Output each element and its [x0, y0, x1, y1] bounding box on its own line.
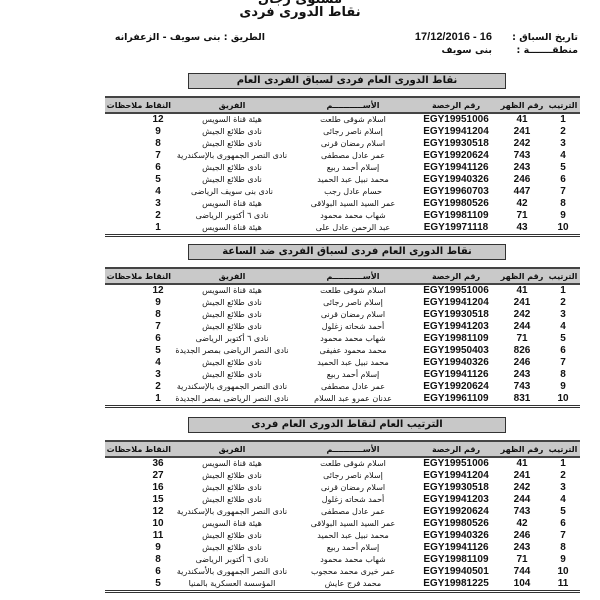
cell-license: EGY19941126 — [414, 542, 498, 554]
cell-team: نادى طلائع الجيش — [172, 297, 292, 309]
cell-team: نادى النصر الجمهورى بالإسكندرية — [172, 381, 292, 393]
cell-points: 9 — [144, 542, 172, 554]
cell-bib: 42 — [498, 198, 546, 210]
cell-rank: 2 — [546, 297, 580, 309]
table-row: 141EGY19951006اسلام شوقى طلعتهيئة قناة ا… — [105, 457, 580, 470]
cell-notes — [105, 198, 144, 210]
cell-bib: 242 — [498, 309, 546, 321]
cell-notes — [105, 518, 144, 530]
column-header-points: النقاط — [144, 441, 172, 457]
cell-license: EGY19940326 — [414, 530, 498, 542]
cell-team: نادى طلائع الجيش — [172, 321, 292, 333]
cell-bib: 744 — [498, 566, 546, 578]
cell-team: هيئة قناة السويس — [172, 198, 292, 210]
cell-license: EGY19960703 — [414, 186, 498, 198]
cell-notes — [105, 186, 144, 198]
document-title-line2: نقاط الدورى فردى — [0, 5, 600, 20]
cell-points: 7 — [144, 321, 172, 333]
table-row: 3242EGY19930518اسلام رمضان قرنىنادى طلائ… — [105, 309, 580, 321]
cell-rank: 5 — [546, 162, 580, 174]
cell-license: EGY19930518 — [414, 482, 498, 494]
column-header-notes: ملاحظات — [105, 268, 144, 284]
cell-license: EGY19980526 — [414, 198, 498, 210]
cell-points: 8 — [144, 554, 172, 566]
cell-name: محمد نبيل عبد الحميد — [292, 357, 414, 369]
cell-name: عمر السيد السيد البولاقى — [292, 198, 414, 210]
cell-name: عبد الرحمن عادل على — [292, 222, 414, 236]
cell-team: نادى طلائع الجيش — [172, 138, 292, 150]
cell-bib: 41 — [498, 284, 546, 297]
cell-notes — [105, 297, 144, 309]
column-header-name: الأســـــــــــم — [292, 441, 414, 457]
section-title: نقاط الدورى العام فردى لسباق الفردى العا… — [188, 73, 506, 89]
table-row: 10831EGY19961109عدنان عمرو عبد السلامناد… — [105, 393, 580, 407]
cell-team: نادى طلائع الجيش — [172, 357, 292, 369]
cell-points: 6 — [144, 566, 172, 578]
cell-notes — [105, 566, 144, 578]
table-row: 971EGY19981109شهاب محمد محمودنادى ٦ أكتو… — [105, 210, 580, 222]
cell-name: إسلام أحمد ربيع — [292, 542, 414, 554]
cell-name: اسلام رمضان قرنى — [292, 309, 414, 321]
cell-name: اسلام شوقى طلعت — [292, 284, 414, 297]
cell-license: EGY19971118 — [414, 222, 498, 236]
cell-team: نادى طلائع الجيش — [172, 369, 292, 381]
table-row: 9743EGY19920624عمر عادل مصطفىنادى النصر … — [105, 381, 580, 393]
cell-name: اسلام شوقى طلعت — [292, 113, 414, 126]
cell-notes — [105, 457, 144, 470]
cell-rank: 1 — [546, 113, 580, 126]
cell-bib: 43 — [498, 222, 546, 236]
region-value: بنى سويف — [441, 45, 492, 56]
cell-bib: 244 — [498, 494, 546, 506]
table-row: 4244EGY19941203أحمد شحاته زغلولنادى طلائ… — [105, 321, 580, 333]
cell-rank: 11 — [546, 578, 580, 592]
cell-rank: 10 — [546, 566, 580, 578]
cell-team: نادى طلائع الجيش — [172, 482, 292, 494]
column-header-rank: الترتيب — [546, 441, 580, 457]
cell-points: 15 — [144, 494, 172, 506]
cell-team: نادى النصر الرياضى بمصر الجديدة — [172, 345, 292, 357]
cell-rank: 8 — [546, 198, 580, 210]
table-row: 5243EGY19941126إسلام أحمد ربيعنادى طلائع… — [105, 162, 580, 174]
cell-name: عمر السيد السيد البولاقى — [292, 518, 414, 530]
cell-team: نادى النصر الجمهورى بالأسكندرية — [172, 566, 292, 578]
cell-rank: 9 — [546, 210, 580, 222]
cell-rank: 4 — [546, 494, 580, 506]
cell-rank: 2 — [546, 126, 580, 138]
cell-team: نادى ٦ أكتوبر الرياضى — [172, 554, 292, 566]
cell-bib: 71 — [498, 210, 546, 222]
race-date-label: تاريخ السباق : — [512, 32, 578, 43]
cell-name: محمد محمود عفيفى — [292, 345, 414, 357]
cell-name: اسلام شوقى طلعت — [292, 457, 414, 470]
cell-license: EGY19981109 — [414, 210, 498, 222]
cell-name: محمد نبيل عبد الحميد — [292, 530, 414, 542]
table-row: 3242EGY19930518اسلام رمضان قرنىنادى طلائ… — [105, 138, 580, 150]
cell-rank: 10 — [546, 222, 580, 236]
cell-team: نادى ٦ أكتوبر الرياضى — [172, 333, 292, 345]
cell-bib: 41 — [498, 457, 546, 470]
table-row: 141EGY19951006اسلام شوقى طلعتهيئة قناة ا… — [105, 284, 580, 297]
cell-bib: 71 — [498, 554, 546, 566]
cell-license: EGY19951006 — [414, 113, 498, 126]
cell-rank: 9 — [546, 381, 580, 393]
cell-rank: 3 — [546, 138, 580, 150]
table-header-row: الترتيبرقم الظهررقم الرخصةالأســــــــــ… — [105, 268, 580, 284]
table-row: 7246EGY19940326محمد نبيل عبد الحميدنادى … — [105, 357, 580, 369]
cell-notes — [105, 138, 144, 150]
cell-license: EGY19930518 — [414, 138, 498, 150]
cell-notes — [105, 369, 144, 381]
table-row: 4743EGY19920624عمر عادل مصطفىنادى النصر … — [105, 150, 580, 162]
cell-name: شهاب محمد محمود — [292, 210, 414, 222]
cell-license: EGY19941204 — [414, 297, 498, 309]
table-row: 10744EGY19940501عمر خيرى محمد محجوبنادى … — [105, 566, 580, 578]
cell-points: 5 — [144, 578, 172, 592]
standings-table: الترتيبرقم الظهررقم الرخصةالأســــــــــ… — [105, 96, 580, 237]
cell-bib: 246 — [498, 357, 546, 369]
table-row: 842EGY19980526عمر السيد السيد البولاقىهي… — [105, 198, 580, 210]
cell-points: 27 — [144, 470, 172, 482]
cell-notes — [105, 345, 144, 357]
cell-notes — [105, 506, 144, 518]
cell-notes — [105, 150, 144, 162]
cell-rank: 4 — [546, 321, 580, 333]
cell-bib: 71 — [498, 333, 546, 345]
cell-notes — [105, 126, 144, 138]
cell-rank: 1 — [546, 457, 580, 470]
cell-rank: 3 — [546, 482, 580, 494]
cell-name: إسلام ناصر رجائى — [292, 126, 414, 138]
cell-team: نادى طلائع الجيش — [172, 126, 292, 138]
cell-rank: 9 — [546, 554, 580, 566]
cell-name: شهاب محمد محمود — [292, 333, 414, 345]
cell-notes — [105, 284, 144, 297]
cell-points: 6 — [144, 162, 172, 174]
cell-notes — [105, 222, 144, 236]
table-row: 971EGY19981109شهاب محمد محمودنادى ٦ أكتو… — [105, 554, 580, 566]
cell-license: EGY19920624 — [414, 506, 498, 518]
column-header-points: النقاط — [144, 97, 172, 113]
cell-bib: 826 — [498, 345, 546, 357]
cell-bib: 246 — [498, 530, 546, 542]
cell-bib: 447 — [498, 186, 546, 198]
cell-team: نادى طلائع الجيش — [172, 174, 292, 186]
cell-points: 5 — [144, 174, 172, 186]
column-header-name: الأســـــــــــم — [292, 268, 414, 284]
cell-name: إسلام أحمد ربيع — [292, 369, 414, 381]
table-row: 4244EGY19941203أحمد شحاته زغلولنادى طلائ… — [105, 494, 580, 506]
cell-license: EGY19941203 — [414, 494, 498, 506]
cell-points: 16 — [144, 482, 172, 494]
cell-team: نادى طلائع الجيش — [172, 162, 292, 174]
cell-bib: 743 — [498, 150, 546, 162]
table-row: 11104EGY19981225محمد فرج عايشالمؤسسة الع… — [105, 578, 580, 592]
column-header-name: الأســـــــــــم — [292, 97, 414, 113]
table-row: 642EGY19980526عمر السيد السيد البولاقىهي… — [105, 518, 580, 530]
cell-rank: 5 — [546, 333, 580, 345]
cell-notes — [105, 381, 144, 393]
table-row: 141EGY19951006اسلام شوقى طلعتهيئة قناة ا… — [105, 113, 580, 126]
cell-bib: 244 — [498, 321, 546, 333]
cell-rank: 7 — [546, 357, 580, 369]
cell-name: أحمد شحاته زغلول — [292, 494, 414, 506]
cell-name: حسام عادل رجب — [292, 186, 414, 198]
cell-license: EGY19980526 — [414, 518, 498, 530]
cell-notes — [105, 357, 144, 369]
cell-rank: 2 — [546, 470, 580, 482]
cell-points: 9 — [144, 126, 172, 138]
cell-points: 4 — [144, 357, 172, 369]
cell-rank: 8 — [546, 542, 580, 554]
cell-bib: 242 — [498, 138, 546, 150]
cell-team: نادى النصر الرياضى بمصر الجديدة — [172, 393, 292, 407]
cell-name: عمر عادل مصطفى — [292, 150, 414, 162]
table-row: 571EGY19981109شهاب محمد محمودنادى ٦ أكتو… — [105, 333, 580, 345]
cell-rank: 10 — [546, 393, 580, 407]
cell-name: إسلام ناصر رجائى — [292, 297, 414, 309]
cell-license: EGY19920624 — [414, 381, 498, 393]
cell-points: 12 — [144, 113, 172, 126]
cell-points: 1 — [144, 222, 172, 236]
table-header-row: الترتيبرقم الظهررقم الرخصةالأســــــــــ… — [105, 97, 580, 113]
cell-points: 8 — [144, 138, 172, 150]
cell-points: 7 — [144, 150, 172, 162]
cell-license: EGY19940326 — [414, 174, 498, 186]
table-row: 2241EGY19941204إسلام ناصر رجائىنادى طلائ… — [105, 297, 580, 309]
race-date-value: 16 - 17/12/2016 — [415, 31, 492, 43]
cell-license: EGY19981225 — [414, 578, 498, 592]
cell-team: المؤسسة العسكرية بالمنيا — [172, 578, 292, 592]
table-row: 5743EGY19920624عمر عادل مصطفىنادى النصر … — [105, 506, 580, 518]
cell-bib: 242 — [498, 482, 546, 494]
cell-rank: 3 — [546, 309, 580, 321]
column-header-points: النقاط — [144, 268, 172, 284]
column-header-bib: رقم الظهر — [498, 268, 546, 284]
cell-bib: 243 — [498, 162, 546, 174]
table-row: 1043EGY19971118عبد الرحمن عادل علىهيئة ق… — [105, 222, 580, 236]
cell-team: هيئة قناة السويس — [172, 113, 292, 126]
cell-rank: 8 — [546, 369, 580, 381]
cell-bib: 241 — [498, 297, 546, 309]
cell-bib: 41 — [498, 113, 546, 126]
cell-notes — [105, 333, 144, 345]
cell-team: هيئة قناة السويس — [172, 518, 292, 530]
cell-name: شهاب محمد محمود — [292, 554, 414, 566]
cell-team: نادى النصر الجمهورى بالإسكندرية — [172, 506, 292, 518]
cell-license: EGY19951006 — [414, 284, 498, 297]
cell-notes — [105, 530, 144, 542]
cell-license: EGY19951006 — [414, 457, 498, 470]
cell-notes — [105, 554, 144, 566]
cell-points: 9 — [144, 297, 172, 309]
column-header-bib: رقم الظهر — [498, 97, 546, 113]
column-header-team: الفريق — [172, 441, 292, 457]
cell-bib: 243 — [498, 369, 546, 381]
cell-name: عمر عادل مصطفى — [292, 506, 414, 518]
cell-points: 4 — [144, 186, 172, 198]
cell-license: EGY19920624 — [414, 150, 498, 162]
cell-team: هيئة قناة السويس — [172, 457, 292, 470]
cell-team: نادى بنى سويف الرياضى — [172, 186, 292, 198]
column-header-license: رقم الرخصة — [414, 97, 498, 113]
cell-rank: 4 — [546, 150, 580, 162]
cell-points: 3 — [144, 369, 172, 381]
cell-name: إسلام ناصر رجائى — [292, 470, 414, 482]
cell-notes — [105, 494, 144, 506]
cell-name: محمد فرج عايش — [292, 578, 414, 592]
cell-name: إسلام أحمد ربيع — [292, 162, 414, 174]
standings-table: الترتيبرقم الظهررقم الرخصةالأســــــــــ… — [105, 267, 580, 408]
column-header-license: رقم الرخصة — [414, 268, 498, 284]
standings-table: الترتيبرقم الظهررقم الرخصةالأســــــــــ… — [105, 440, 580, 593]
cell-notes — [105, 482, 144, 494]
cell-team: نادى طلائع الجيش — [172, 309, 292, 321]
cell-license: EGY19981109 — [414, 333, 498, 345]
cell-points: 6 — [144, 333, 172, 345]
column-header-license: رقم الرخصة — [414, 441, 498, 457]
cell-license: EGY19940326 — [414, 357, 498, 369]
table-row: 8243EGY19941126إسلام أحمد ربيعنادى طلائع… — [105, 369, 580, 381]
cell-notes — [105, 321, 144, 333]
cell-points: 11 — [144, 530, 172, 542]
cell-bib: 104 — [498, 578, 546, 592]
cell-notes — [105, 542, 144, 554]
table-row: 3242EGY19930518اسلام رمضان قرنىنادى طلائ… — [105, 482, 580, 494]
table-row: 7246EGY19940326محمد نبيل عبد الحميدنادى … — [105, 530, 580, 542]
section-title: نقاط الدورى العام فردى لسباق الفردى ضد ا… — [188, 244, 506, 260]
cell-bib: 831 — [498, 393, 546, 407]
cell-points: 1 — [144, 393, 172, 407]
cell-bib: 743 — [498, 506, 546, 518]
cell-license: EGY19941126 — [414, 162, 498, 174]
cell-name: أحمد شحاته زغلول — [292, 321, 414, 333]
cell-notes — [105, 578, 144, 592]
cell-bib: 42 — [498, 518, 546, 530]
cell-team: نادى طلائع الجيش — [172, 530, 292, 542]
route-info: الطريق : بنى سويف - الزعفرانه — [115, 32, 265, 43]
cell-team: نادى طلائع الجيش — [172, 542, 292, 554]
cell-rank: 7 — [546, 186, 580, 198]
section-title: الترتيب العام لنقاط الدورى العام فردى — [188, 417, 506, 433]
cell-name: اسلام رمضان قرنى — [292, 482, 414, 494]
cell-points: 2 — [144, 381, 172, 393]
table-row: 2241EGY19941204إسلام ناصر رجائىنادى طلائ… — [105, 470, 580, 482]
cell-team: هيئة قناة السويس — [172, 284, 292, 297]
column-header-notes: ملاحظات — [105, 441, 144, 457]
cell-team: نادى النصر الجمهورى بالإسكندرية — [172, 150, 292, 162]
cell-points: 36 — [144, 457, 172, 470]
cell-team: نادى طلائع الجيش — [172, 494, 292, 506]
cell-license: EGY19981109 — [414, 554, 498, 566]
cell-points: 3 — [144, 198, 172, 210]
cell-points: 12 — [144, 284, 172, 297]
column-header-bib: رقم الظهر — [498, 441, 546, 457]
cell-notes — [105, 113, 144, 126]
cell-license: EGY19941126 — [414, 369, 498, 381]
cell-bib: 743 — [498, 381, 546, 393]
cell-team: هيئة قناة السويس — [172, 222, 292, 236]
cell-notes — [105, 470, 144, 482]
cell-name: محمد نبيل عبد الحميد — [292, 174, 414, 186]
cell-license: EGY19941203 — [414, 321, 498, 333]
cell-notes — [105, 162, 144, 174]
cell-license: EGY19940501 — [414, 566, 498, 578]
cell-points: 8 — [144, 309, 172, 321]
cell-rank: 5 — [546, 506, 580, 518]
cell-license: EGY19930518 — [414, 309, 498, 321]
cell-notes — [105, 174, 144, 186]
cell-team: نادى طلائع الجيش — [172, 470, 292, 482]
table-row: 6826EGY19950403محمد محمود عفيفىنادى النص… — [105, 345, 580, 357]
cell-rank: 6 — [546, 345, 580, 357]
cell-rank: 6 — [546, 174, 580, 186]
cell-name: اسلام رمضان قرنى — [292, 138, 414, 150]
table-header-row: الترتيبرقم الظهررقم الرخصةالأســــــــــ… — [105, 441, 580, 457]
column-header-notes: ملاحظات — [105, 97, 144, 113]
cell-notes — [105, 309, 144, 321]
region-label: منطقـــــــة : — [517, 45, 578, 56]
column-header-rank: الترتيب — [546, 268, 580, 284]
cell-rank: 1 — [546, 284, 580, 297]
column-header-team: الفريق — [172, 97, 292, 113]
cell-bib: 246 — [498, 174, 546, 186]
cell-points: 10 — [144, 518, 172, 530]
table-row: 2241EGY19941204إسلام ناصر رجائىنادى طلائ… — [105, 126, 580, 138]
table-row: 7447EGY19960703حسام عادل رجبنادى بنى سوي… — [105, 186, 580, 198]
cell-points: 2 — [144, 210, 172, 222]
cell-notes — [105, 210, 144, 222]
cell-rank: 6 — [546, 518, 580, 530]
cell-bib: 243 — [498, 542, 546, 554]
cell-name: عدنان عمرو عبد السلام — [292, 393, 414, 407]
cell-license: EGY19941204 — [414, 126, 498, 138]
cell-name: عمر خيرى محمد محجوب — [292, 566, 414, 578]
cell-bib: 241 — [498, 470, 546, 482]
cell-bib: 241 — [498, 126, 546, 138]
cell-license: EGY19941204 — [414, 470, 498, 482]
table-row: 8243EGY19941126إسلام أحمد ربيعنادى طلائع… — [105, 542, 580, 554]
cell-rank: 7 — [546, 530, 580, 542]
cell-notes — [105, 393, 144, 407]
cell-points: 5 — [144, 345, 172, 357]
cell-name: عمر عادل مصطفى — [292, 381, 414, 393]
cell-license: EGY19950403 — [414, 345, 498, 357]
table-row: 6246EGY19940326محمد نبيل عبد الحميدنادى … — [105, 174, 580, 186]
cell-license: EGY19961109 — [414, 393, 498, 407]
cell-points: 12 — [144, 506, 172, 518]
column-header-team: الفريق — [172, 268, 292, 284]
cell-team: نادى ٦ أكتوبر الرياضى — [172, 210, 292, 222]
column-header-rank: الترتيب — [546, 97, 580, 113]
